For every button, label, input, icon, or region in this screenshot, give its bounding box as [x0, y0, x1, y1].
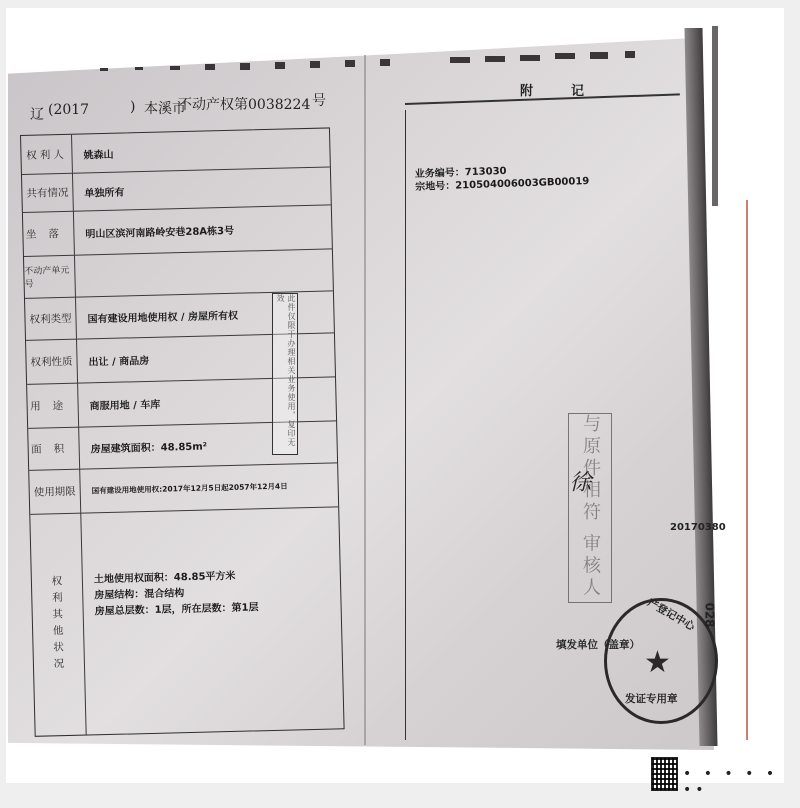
row-value: 国有建设用地使用权 / 房屋所有权	[87, 293, 239, 339]
year: (2017	[48, 102, 89, 118]
close-paren: )	[130, 99, 135, 115]
row-label: 面积	[28, 427, 80, 470]
row-value: 房屋建筑面积：48.85m²	[90, 424, 207, 469]
row-label: 共有情况	[22, 173, 74, 212]
star-icon: ★	[644, 645, 671, 680]
seal-number: 028	[703, 602, 717, 627]
row-label: 权利类型	[25, 297, 77, 340]
row-label: 权利其他状况	[30, 513, 86, 736]
cert-title: 不动产权第0038224	[178, 94, 310, 114]
dots-text: • • • • • ••	[683, 766, 800, 798]
official-seal: 产登记中心 ★ 发证专用章	[604, 598, 718, 724]
row-label: 使用期限	[29, 469, 81, 514]
verification-seal: 与原件相符 审核人	[568, 413, 612, 603]
other-line: 房屋总层数：1层，所在层数：第1层	[94, 600, 258, 620]
red-edge-line	[746, 200, 748, 740]
other-status-lines: 土地使用权面积：48.85平方米 房屋结构：混合结构 房屋总层数：1层，所在层数…	[94, 568, 259, 620]
binding-marks	[80, 58, 700, 78]
page-fold	[364, 55, 366, 745]
sheet-edge-back	[712, 26, 718, 206]
seal-bottom-text: 发证专用章	[625, 691, 678, 706]
row-value	[86, 254, 87, 296]
row-value: 出让 / 商品房	[88, 337, 150, 382]
row-label: 不动产单元号	[24, 255, 76, 298]
other-status-label: 权利其他状况	[49, 575, 66, 674]
row-value: 明山区滨河南路岭安巷28A栋3号	[85, 207, 235, 255]
row-label: 权利性质	[26, 339, 78, 384]
row-value: 姚森山	[83, 134, 114, 173]
serial-number: 20170380	[670, 522, 726, 533]
signature: 徐	[563, 470, 594, 492]
row-label: 坐落	[23, 211, 75, 256]
table-row-other: 权利其他状况 土地使用权面积：48.85平方米 房屋结构：混合结构 房屋总层数：…	[30, 506, 343, 735]
cert-suffix: 号	[312, 90, 326, 110]
row-value: 国有建设用地使用权:2017年12月5日起2057年12月4日	[91, 464, 288, 513]
row-value: 单独所有	[84, 171, 125, 210]
qr-code-icon	[651, 757, 678, 791]
copy-notice-stamp: 此件仅限于办理相关业务使用，复印无效	[272, 293, 298, 455]
row-label: 用途	[27, 383, 79, 428]
row-label: 权利人	[21, 135, 73, 174]
row-value: 商服用地 / 车库	[89, 381, 161, 427]
province: 辽	[30, 104, 44, 124]
